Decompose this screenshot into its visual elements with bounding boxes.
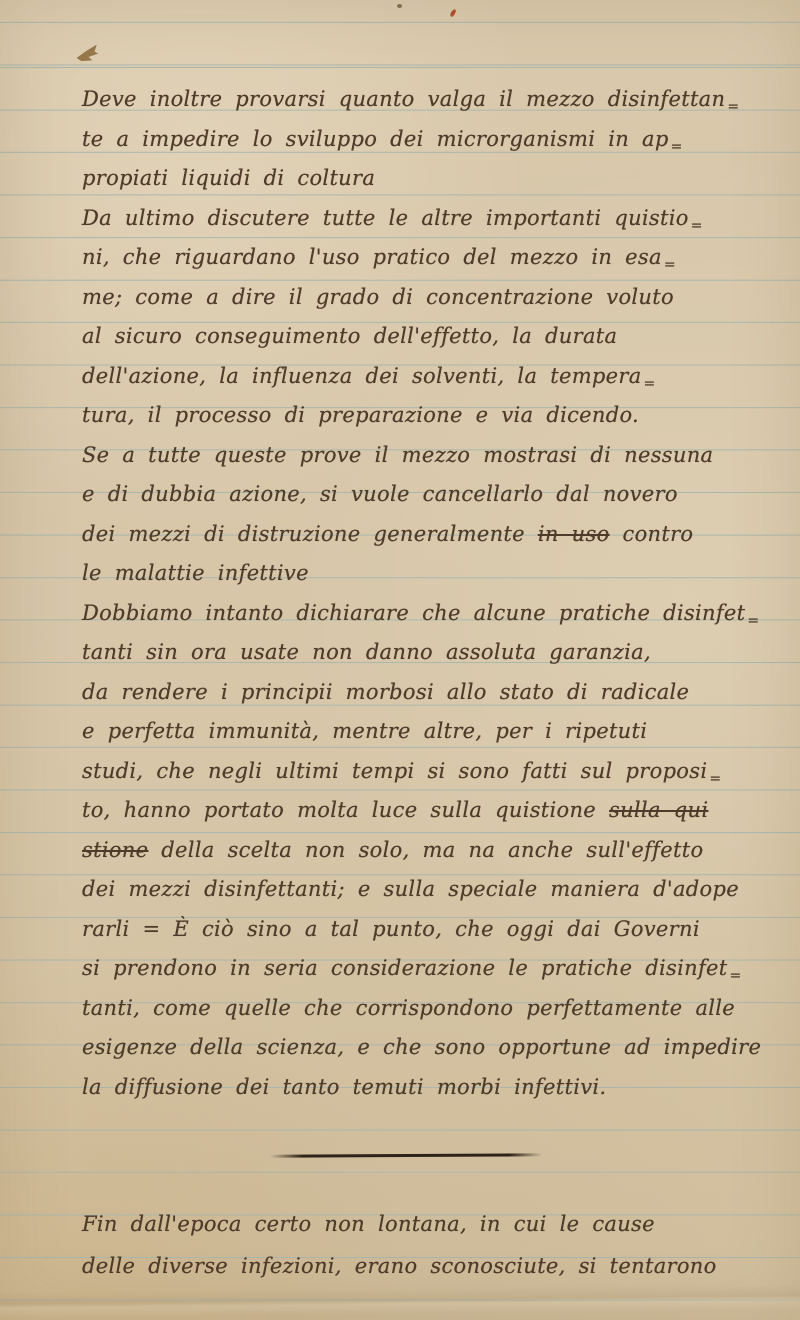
handwritten-text: la diffusione dei tanto temuti morbi inf… — [82, 1075, 606, 1099]
handwritten-text: me; come a dire il grado di concentrazio… — [82, 285, 674, 309]
manuscript-line: delle diverse infezioni, erano sconosciu… — [82, 1245, 750, 1287]
handwritten-text: ni, che riguardano l'uso pratico del mez… — [82, 245, 662, 269]
manuscript-line: dell'azione, la influenza dei solventi, … — [82, 357, 750, 397]
handwritten-text: te a impedire lo sviluppo dei microrgani… — [82, 127, 669, 151]
handwritten-text: Fin dall'epoca certo non lontana, in cui… — [82, 1212, 655, 1236]
hyphenation-mark: = — [644, 376, 656, 392]
handwritten-text: Deve inoltre provarsi quanto valga il me… — [82, 87, 725, 111]
hyphenation-mark: = — [747, 613, 759, 629]
manuscript-line: to, hanno portato molta luce sulla quist… — [82, 791, 750, 831]
manuscript-line: Deve inoltre provarsi quanto valga il me… — [82, 80, 750, 120]
handwritten-text: tura, il processo di preparazione e via … — [82, 403, 639, 427]
manuscript-line: da rendere i principii morbosi allo stat… — [82, 673, 750, 713]
manuscript-line: dei mezzi di distruzione generalmente in… — [82, 515, 750, 555]
handwritten-text: al sicuro conseguimento dell'effetto, la… — [82, 324, 617, 348]
handwritten-text: dell'azione, la influenza dei solventi, … — [82, 364, 642, 388]
handwritten-text: si prendono in seria considerazione le p… — [82, 956, 728, 980]
manuscript-line: Dobbiamo intanto dichiarare che alcune p… — [82, 594, 750, 634]
handwritten-text: Se a tutte queste prove il mezzo mostras… — [82, 443, 713, 467]
handwritten-text: tanti, come quelle che corrispondono per… — [82, 996, 735, 1020]
manuscript-line: Da ultimo discutere tutte le altre impor… — [82, 199, 750, 239]
handwritten-text: e di dubbia azione, si vuole cancellarlo… — [82, 482, 678, 506]
manuscript-line: e di dubbia azione, si vuole cancellarlo… — [82, 475, 750, 515]
manuscript-line: tanti sin ora usate non danno assoluta g… — [82, 633, 750, 673]
manuscript-line: dei mezzi disinfettanti; e sulla special… — [82, 870, 750, 910]
manuscript-line: esigenze della scienza, e che sono oppor… — [82, 1028, 750, 1068]
dark-speck — [397, 4, 402, 8]
handwritten-text: propiati liquidi di coltura — [82, 166, 375, 190]
manuscript-line: me; come a dire il grado di concentrazio… — [82, 278, 750, 318]
struck-text: sulla qui — [609, 798, 708, 822]
handwritten-text: tanti sin ora usate non danno assoluta g… — [82, 640, 651, 664]
manuscript-line: si prendono in seria considerazione le p… — [82, 949, 750, 989]
manuscript-line: tura, il processo di preparazione e via … — [82, 396, 750, 436]
handwritten-text: e perfetta immunità, mentre altre, per i… — [82, 719, 647, 743]
struck-text: stione — [82, 838, 148, 862]
handwritten-text: della scelta non solo, ma na anche sull'… — [148, 838, 703, 862]
closing-paragraph: Fin dall'epoca certo non lontana, in cui… — [82, 1203, 750, 1287]
handwritten-text: dei mezzi disinfettanti; e sulla special… — [82, 877, 739, 901]
hyphenation-mark: = — [664, 257, 676, 273]
manuscript-line: rarli = È ciò sino a tal punto, che oggi… — [82, 910, 750, 950]
handwritten-text: rarli = È ciò sino a tal punto, che oggi… — [82, 917, 700, 941]
handwritten-text: Dobbiamo intanto dichiarare che alcune p… — [82, 601, 745, 625]
manuscript-line: stione della scelta non solo, ma na anch… — [82, 831, 750, 871]
divider-rule — [270, 1153, 542, 1157]
handwritten-text: da rendere i principii morbosi allo stat… — [82, 680, 689, 704]
handwritten-text: Da ultimo discutere tutte le altre impor… — [82, 206, 689, 230]
manuscript-line: la diffusione dei tanto temuti morbi inf… — [82, 1068, 750, 1108]
manuscript-line: Se a tutte queste prove il mezzo mostras… — [82, 436, 750, 476]
handwritten-text: to, hanno portato molta luce sulla quist… — [82, 798, 609, 822]
handwritten-text: dei mezzi di distruzione generalmente — [82, 522, 538, 546]
handwritten-text: contro — [610, 522, 694, 546]
manuscript-line: propiati liquidi di coltura — [82, 159, 750, 199]
manuscript-line: studi, che negli ultimi tempi si sono fa… — [82, 752, 750, 792]
manuscript-line: Fin dall'epoca certo non lontana, in cui… — [82, 1203, 750, 1245]
manuscript-line: le malattie infettive — [82, 554, 750, 594]
handwritten-text: studi, che negli ultimi tempi si sono fa… — [82, 759, 707, 783]
hyphenation-mark: = — [709, 771, 721, 787]
manuscript-line: ni, che riguardano l'uso pratico del mez… — [82, 238, 750, 278]
struck-text: in uso — [538, 522, 610, 546]
handwritten-text: le malattie infettive — [82, 561, 309, 585]
hyphenation-mark: = — [691, 218, 703, 234]
hyphenation-mark: = — [730, 968, 742, 984]
manuscript-body: Deve inoltre provarsi quanto valga il me… — [82, 80, 750, 1287]
manuscript-line: te a impedire lo sviluppo dei microrgani… — [82, 120, 750, 160]
manuscript-line: e perfetta immunità, mentre altre, per i… — [82, 712, 750, 752]
handwritten-text: delle diverse infezioni, erano sconosciu… — [82, 1254, 717, 1278]
hyphenation-mark: = — [671, 139, 683, 155]
manuscript-line: tanti, come quelle che corrispondono per… — [82, 989, 750, 1029]
section-divider — [82, 1107, 750, 1203]
handwritten-text: esigenze della scienza, e che sono oppor… — [82, 1035, 761, 1059]
hyphenation-mark: = — [727, 99, 739, 115]
manuscript-line: al sicuro conseguimento dell'effetto, la… — [82, 317, 750, 357]
